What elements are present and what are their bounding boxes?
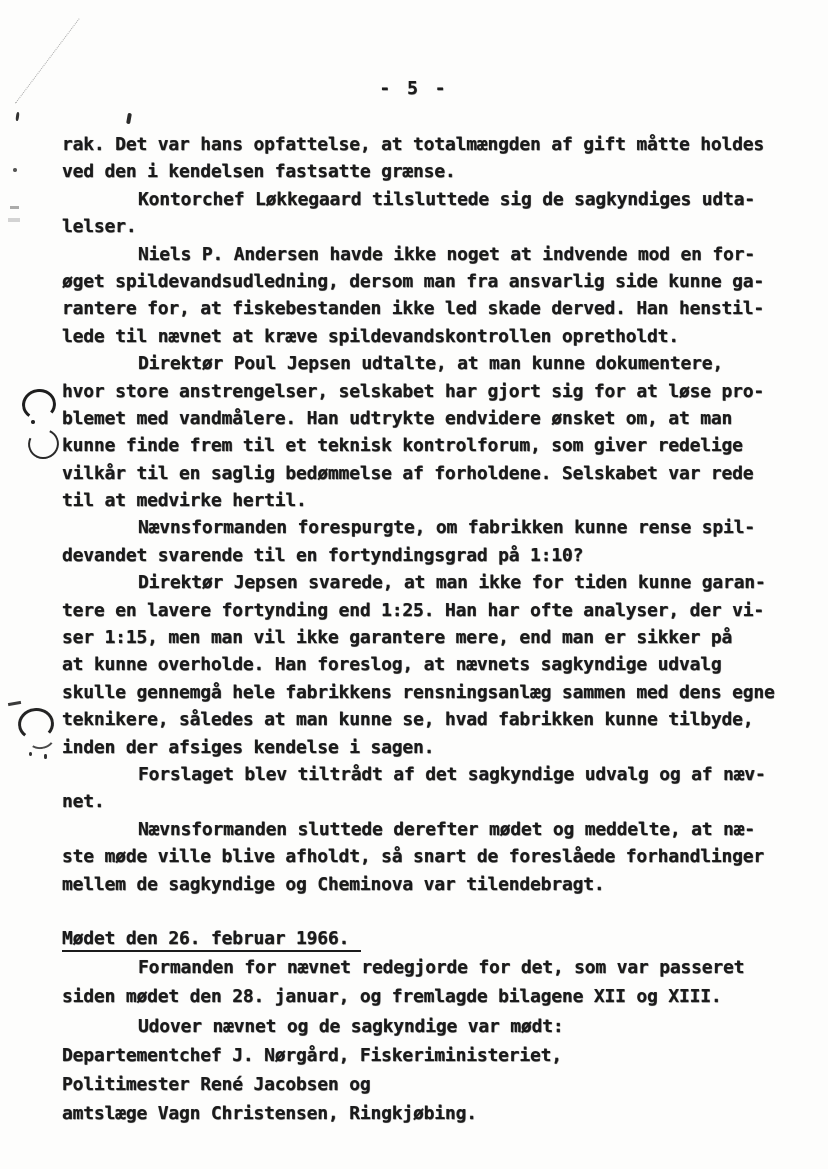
line-text: net. xyxy=(62,791,105,812)
line-text: ser 1:15, men man vil ikke garantere mer… xyxy=(62,627,732,648)
line-text: Forslaget blev tiltrådt af det sagkyndig… xyxy=(138,764,766,785)
text-line: teknikere, således at man kunne se, hvad… xyxy=(62,706,802,733)
text-line: Forslaget blev tiltrådt af det sagkyndig… xyxy=(62,761,802,788)
ink-speck-mark xyxy=(8,218,20,222)
binder-hole-artifact xyxy=(44,754,47,759)
line-text: tere en lavere fortynding end 1:25. Han … xyxy=(62,600,764,621)
binder-hole-artifact xyxy=(24,425,63,464)
binder-hole-artifact xyxy=(29,752,32,756)
text-line: hvor store anstrengelser, selskabet har … xyxy=(62,378,802,405)
text-line: Direktør Jepsen svarede, at man ikke for… xyxy=(62,569,802,596)
binder-hole-artifact xyxy=(31,420,35,424)
line-text: blemet med vandmålere. Han udtrykte endv… xyxy=(62,408,732,429)
ink-speck-mark xyxy=(13,168,17,172)
line-text: Mødet den 26. februar 1966. xyxy=(62,928,361,952)
line-text: rantere for, at fiskebestanden ikke led … xyxy=(62,298,764,319)
section-heading: Mødet den 26. februar 1966. xyxy=(62,924,802,953)
binder-hole-artifact xyxy=(8,701,21,706)
line-text: siden mødet den 28. januar, og fremlagde… xyxy=(62,986,722,1007)
text-line: ste møde ville blive afholdt, så snart d… xyxy=(62,843,802,870)
line-text: mellem de sagkyndige og Cheminova var ti… xyxy=(62,874,604,895)
line-text: til at medvirke hertil. xyxy=(62,490,307,511)
ink-speck-mark xyxy=(126,113,132,125)
text-line: rantere for, at fiskebestanden ikke led … xyxy=(62,295,802,322)
text-line: siden mødet den 28. januar, og fremlagde… xyxy=(62,982,802,1011)
line-text: ste møde ville blive afholdt, så snart d… xyxy=(62,846,764,867)
scanned-document-page: { "page": { "number_label": "- 5 -" }, "… xyxy=(0,0,828,1169)
line-text: lede til nævnet at kræve spildevandskont… xyxy=(62,326,679,347)
text-line: at kunne overholde. Han foreslog, at næv… xyxy=(62,651,802,678)
text-line: Kontorchef Løkkegaard tilsluttede sig de… xyxy=(62,186,802,213)
text-line: inden der afsiges kendelse i sagen. xyxy=(62,734,802,761)
line-text: teknikere, således at man kunne se, hvad… xyxy=(62,709,753,730)
text-line: Nævnsformanden forespurgte, om fabrikken… xyxy=(62,514,802,541)
page-number: - 5 - xyxy=(0,78,828,99)
text-line: til at medvirke hertil. xyxy=(62,487,802,514)
text-line: Departementchef J. Nørgård, Fiskeriminis… xyxy=(62,1041,802,1070)
text-line: tere en lavere fortynding end 1:25. Han … xyxy=(62,597,802,624)
line-text: Politimester René Jacobsen og xyxy=(62,1074,370,1095)
line-text: lelser. xyxy=(62,216,136,237)
paper-background: - 5 - rak. Det var hans opfattelse, at t… xyxy=(0,0,828,1169)
text-line: lede til nævnet at kræve spildevandskont… xyxy=(62,323,802,350)
text-line: rak. Det var hans opfattelse, at totalmæ… xyxy=(62,131,802,158)
line-text: Nævnsformanden sluttede derefter mødet o… xyxy=(138,819,755,840)
text-line: ved den i kendelsen fastsatte grænse. xyxy=(62,158,802,185)
document-text-block: rak. Det var hans opfattelse, at totalmæ… xyxy=(62,131,802,1128)
line-text: Niels P. Andersen havde ikke noget at in… xyxy=(138,244,755,265)
line-text: ved den i kendelsen fastsatte grænse. xyxy=(62,161,456,182)
line-text: amtslæge Vagn Christensen, Ringkjøbing. xyxy=(62,1103,477,1124)
text-line: skulle gennemgå hele fabrikkens rensning… xyxy=(62,679,802,706)
text-line: Politimester René Jacobsen og xyxy=(62,1070,802,1099)
text-line: lelser. xyxy=(62,213,802,240)
line-text: Direktør Jepsen svarede, at man ikke for… xyxy=(138,572,766,593)
line-text: Departementchef J. Nørgård, Fiskeriminis… xyxy=(62,1045,562,1066)
ink-speck-mark xyxy=(10,206,19,209)
line-text: vilkår til en saglig bedømmelse af forho… xyxy=(62,463,753,484)
line-text: inden der afsiges kendelse i sagen. xyxy=(62,737,434,758)
line-text: Direktør Poul Jepsen udtalte, at man kun… xyxy=(138,353,723,374)
line-text: skulle gennemgå hele fabrikkens rensning… xyxy=(62,682,775,703)
text-line: amtslæge Vagn Christensen, Ringkjøbing. xyxy=(62,1099,802,1128)
line-text: devandet svarende til en fortyndingsgrad… xyxy=(62,545,583,566)
line-text: hvor store anstrengelser, selskabet har … xyxy=(62,381,764,402)
text-line: mellem de sagkyndige og Cheminova var ti… xyxy=(62,871,802,898)
text-line: Niels P. Andersen havde ikke noget at in… xyxy=(62,241,802,268)
line-text: øget spildevandsudledning, dersom man fr… xyxy=(62,271,764,292)
line-text: kunne finde frem til et teknisk kontrolf… xyxy=(62,435,743,456)
line-text: Nævnsformanden forespurgte, om fabrikken… xyxy=(138,517,755,538)
ink-speck-mark xyxy=(15,112,19,121)
text-line: øget spildevandsudledning, dersom man fr… xyxy=(62,268,802,295)
text-line: blemet med vandmålere. Han udtrykte endv… xyxy=(62,405,802,432)
text-line: net. xyxy=(62,788,802,815)
section-gap xyxy=(62,898,802,924)
line-text: Formanden for nævnet redegjorde for det,… xyxy=(138,957,744,978)
line-text: Udover nævnet og de sagkyndige var mødt: xyxy=(138,1016,563,1037)
text-line: Direktør Poul Jepsen udtalte, at man kun… xyxy=(62,350,802,377)
text-line: Udover nævnet og de sagkyndige var mødt: xyxy=(62,1012,802,1041)
text-line: vilkår til en saglig bedømmelse af forho… xyxy=(62,460,802,487)
binder-hole-artifact xyxy=(20,387,58,422)
text-line: devandet svarende til en fortyndingsgrad… xyxy=(62,542,802,569)
line-text: at kunne overholde. Han foreslog, at næv… xyxy=(62,654,722,675)
line-text: Kontorchef Løkkegaard tilsluttede sig de… xyxy=(138,189,755,210)
text-line: Nævnsformanden sluttede derefter mødet o… xyxy=(62,816,802,843)
text-line: ser 1:15, men man vil ikke garantere mer… xyxy=(62,624,802,651)
text-line: kunne finde frem til et teknisk kontrolf… xyxy=(62,432,802,459)
text-line: Formanden for nævnet redegjorde for det,… xyxy=(62,953,802,982)
line-text: rak. Det var hans opfattelse, at totalmæ… xyxy=(62,134,764,155)
